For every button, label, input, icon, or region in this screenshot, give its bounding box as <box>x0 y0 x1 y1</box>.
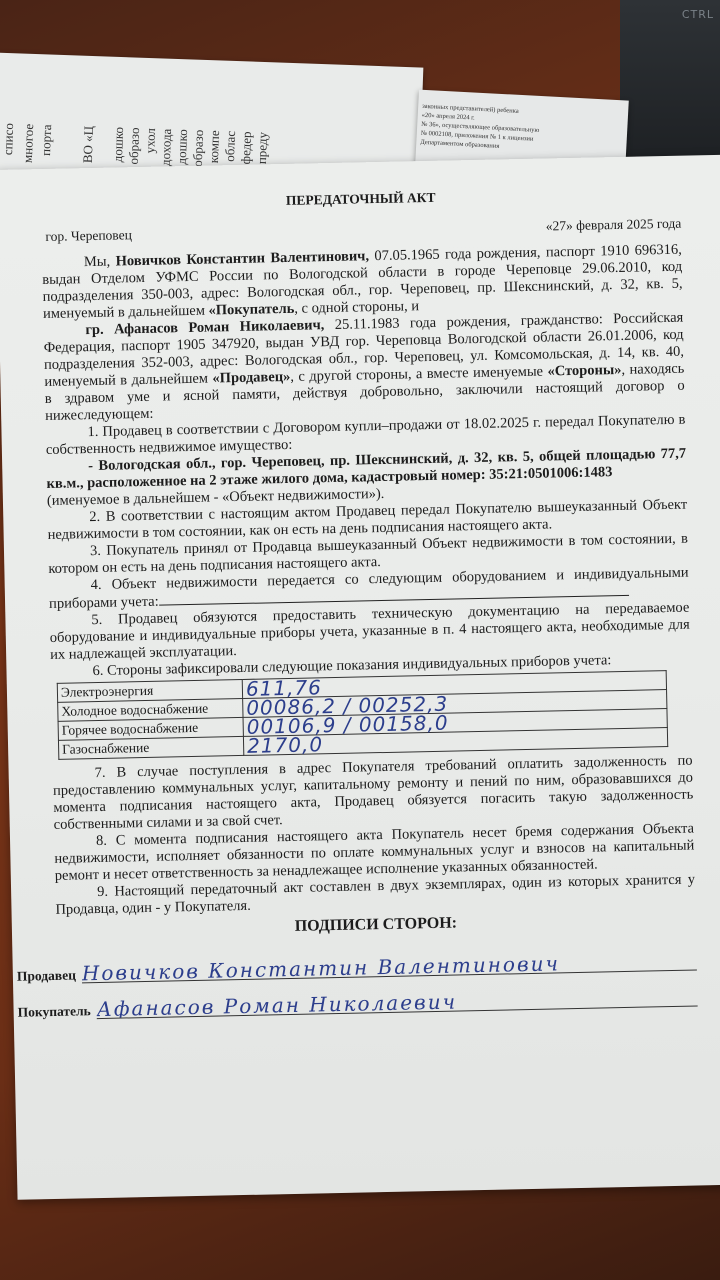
meter-label: Газоснабжение <box>58 736 243 759</box>
bg-text: дошко <box>174 129 191 165</box>
seller-label: Продавец <box>17 967 76 985</box>
bg-text: образо <box>190 129 207 166</box>
seller-role: «Продавец» <box>212 369 290 387</box>
meter-readings-table: Электроэнергия611,76 Холодное водоснабже… <box>57 670 668 760</box>
bg-text: дошко <box>110 127 127 163</box>
document-title: ПЕРЕДАТОЧНЫЙ АКТ <box>41 184 681 214</box>
bg-text: образо <box>126 127 143 164</box>
bg-text: порта <box>38 124 55 156</box>
bg-text: многое <box>20 124 37 164</box>
bg-text: преду <box>254 132 271 165</box>
parties-role: «Стороны» <box>547 362 621 380</box>
text: , с одной стороны, и <box>294 298 419 317</box>
buyer-signature: Афанасов Роман Николаевич <box>97 988 698 1019</box>
buyer-label: Покупатель <box>17 1002 90 1021</box>
text: Мы, <box>84 254 111 271</box>
buyer-role: «Покупатель <box>208 301 294 319</box>
bg-text: ВО «Ц <box>80 126 97 164</box>
device-label: CTRL <box>682 8 714 21</box>
seller-signature: Новичков Константин Валентинович <box>82 953 697 984</box>
bg-text: облас <box>222 131 239 162</box>
preamble-seller: гр. Афанасов Роман Николаевич, 25.11.198… <box>43 310 685 425</box>
buyer-signature-row: Покупатель Афанасов Роман Николаевич <box>17 988 697 1020</box>
document-page: ПЕРЕДАТОЧНЫЙ АКТ гор. Череповец «27» фев… <box>0 155 720 1200</box>
bg-text: списо <box>0 123 17 156</box>
city: гор. Череповец <box>45 226 132 245</box>
meter-value: 2170,0 <box>243 728 667 756</box>
bg-text: компе <box>206 130 223 163</box>
seller-signature-row: Продавец Новичков Константин Валентинови… <box>17 953 697 985</box>
document-date: «27» февраля 2025 года <box>546 215 682 235</box>
background-device: CTRL <box>620 0 720 160</box>
bg-text: ухол <box>142 128 159 154</box>
bg-text: федер <box>238 131 255 164</box>
bg-text: дохода <box>158 128 175 166</box>
